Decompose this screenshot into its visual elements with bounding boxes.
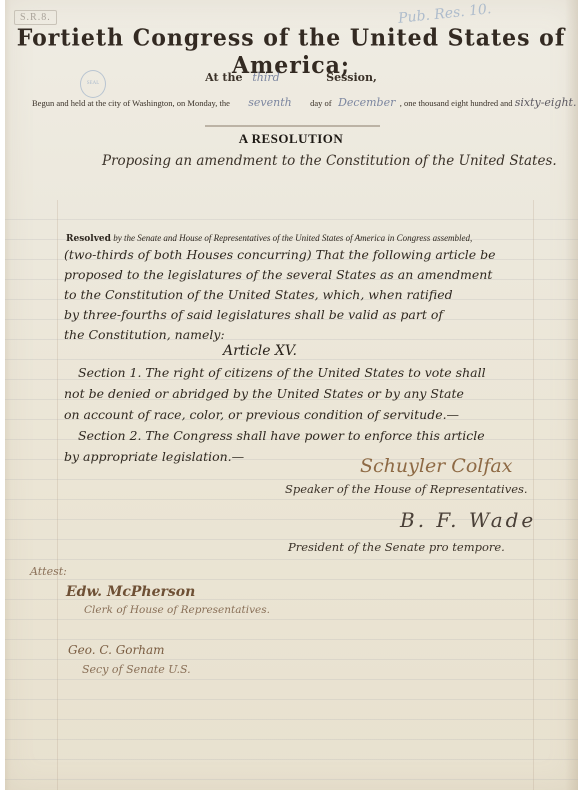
resolution-subtitle: Proposing an amendment to the Constituti… xyxy=(102,153,557,169)
section-line: Section 1. The right of citizens of the … xyxy=(64,362,544,383)
begun-part3: , one thousand eight hundred and xyxy=(400,98,513,108)
clerk-title: Clerk of House of Representatives. xyxy=(84,604,270,616)
section-line: on account of race, color, or previous c… xyxy=(64,404,544,425)
session-prefix: At the xyxy=(205,71,242,84)
left-margin-line xyxy=(57,200,58,790)
begun-month: December xyxy=(334,96,400,109)
attest-label: Attest: xyxy=(30,565,67,578)
body-line: by three-fourths of said legislatures sh… xyxy=(64,305,544,325)
speaker-signature: Schuyler Colfax xyxy=(360,455,512,477)
resolution-body: (two-thirds of both Houses concurring) T… xyxy=(64,245,544,345)
article-sections: Section 1. The right of citizens of the … xyxy=(64,362,544,467)
session-line: At the third Session, xyxy=(0,71,582,84)
body-line: (two-thirds of both Houses concurring) T… xyxy=(64,245,544,265)
secretary-title: Secy of Senate U.S. xyxy=(82,663,191,676)
begun-part1: Begun and held at the city of Washington… xyxy=(32,98,230,108)
section-line: Section 2. The Congress shall have power… xyxy=(64,425,544,446)
title-divider xyxy=(205,125,380,127)
catalog-mark: S.R.8. xyxy=(14,10,57,25)
resolution-heading: A RESOLUTION xyxy=(0,131,582,147)
speaker-title: Speaker of the House of Representatives. xyxy=(285,482,528,496)
president-title: President of the Senate pro tempore. xyxy=(288,540,505,554)
article-title: Article XV. xyxy=(0,343,520,359)
body-line: to the Constitution of the United States… xyxy=(64,285,544,305)
resolved-text: by the Senate and House of Representativ… xyxy=(113,233,472,243)
secretary-signature: Geo. C. Gorham xyxy=(68,643,165,657)
body-line: the Constitution, namely: xyxy=(64,325,544,345)
president-signature: B. F. Wade xyxy=(400,508,536,532)
clerk-signature: Edw. McPherson xyxy=(66,584,195,600)
resolved-lead: Resolved xyxy=(66,234,111,244)
body-line: proposed to the legislatures of the seve… xyxy=(64,265,544,285)
begun-line: Begun and held at the city of Washington… xyxy=(32,96,582,109)
begun-day: seventh xyxy=(232,96,308,109)
resolved-clause: Resolved by the Senate and House of Repr… xyxy=(66,233,472,244)
begun-part2: day of xyxy=(310,98,331,108)
session-suffix: Session, xyxy=(326,71,377,84)
section-line: not be denied or abridged by the United … xyxy=(64,383,544,404)
session-number: third xyxy=(246,71,322,84)
begun-year: sixty-eight. xyxy=(515,96,577,109)
